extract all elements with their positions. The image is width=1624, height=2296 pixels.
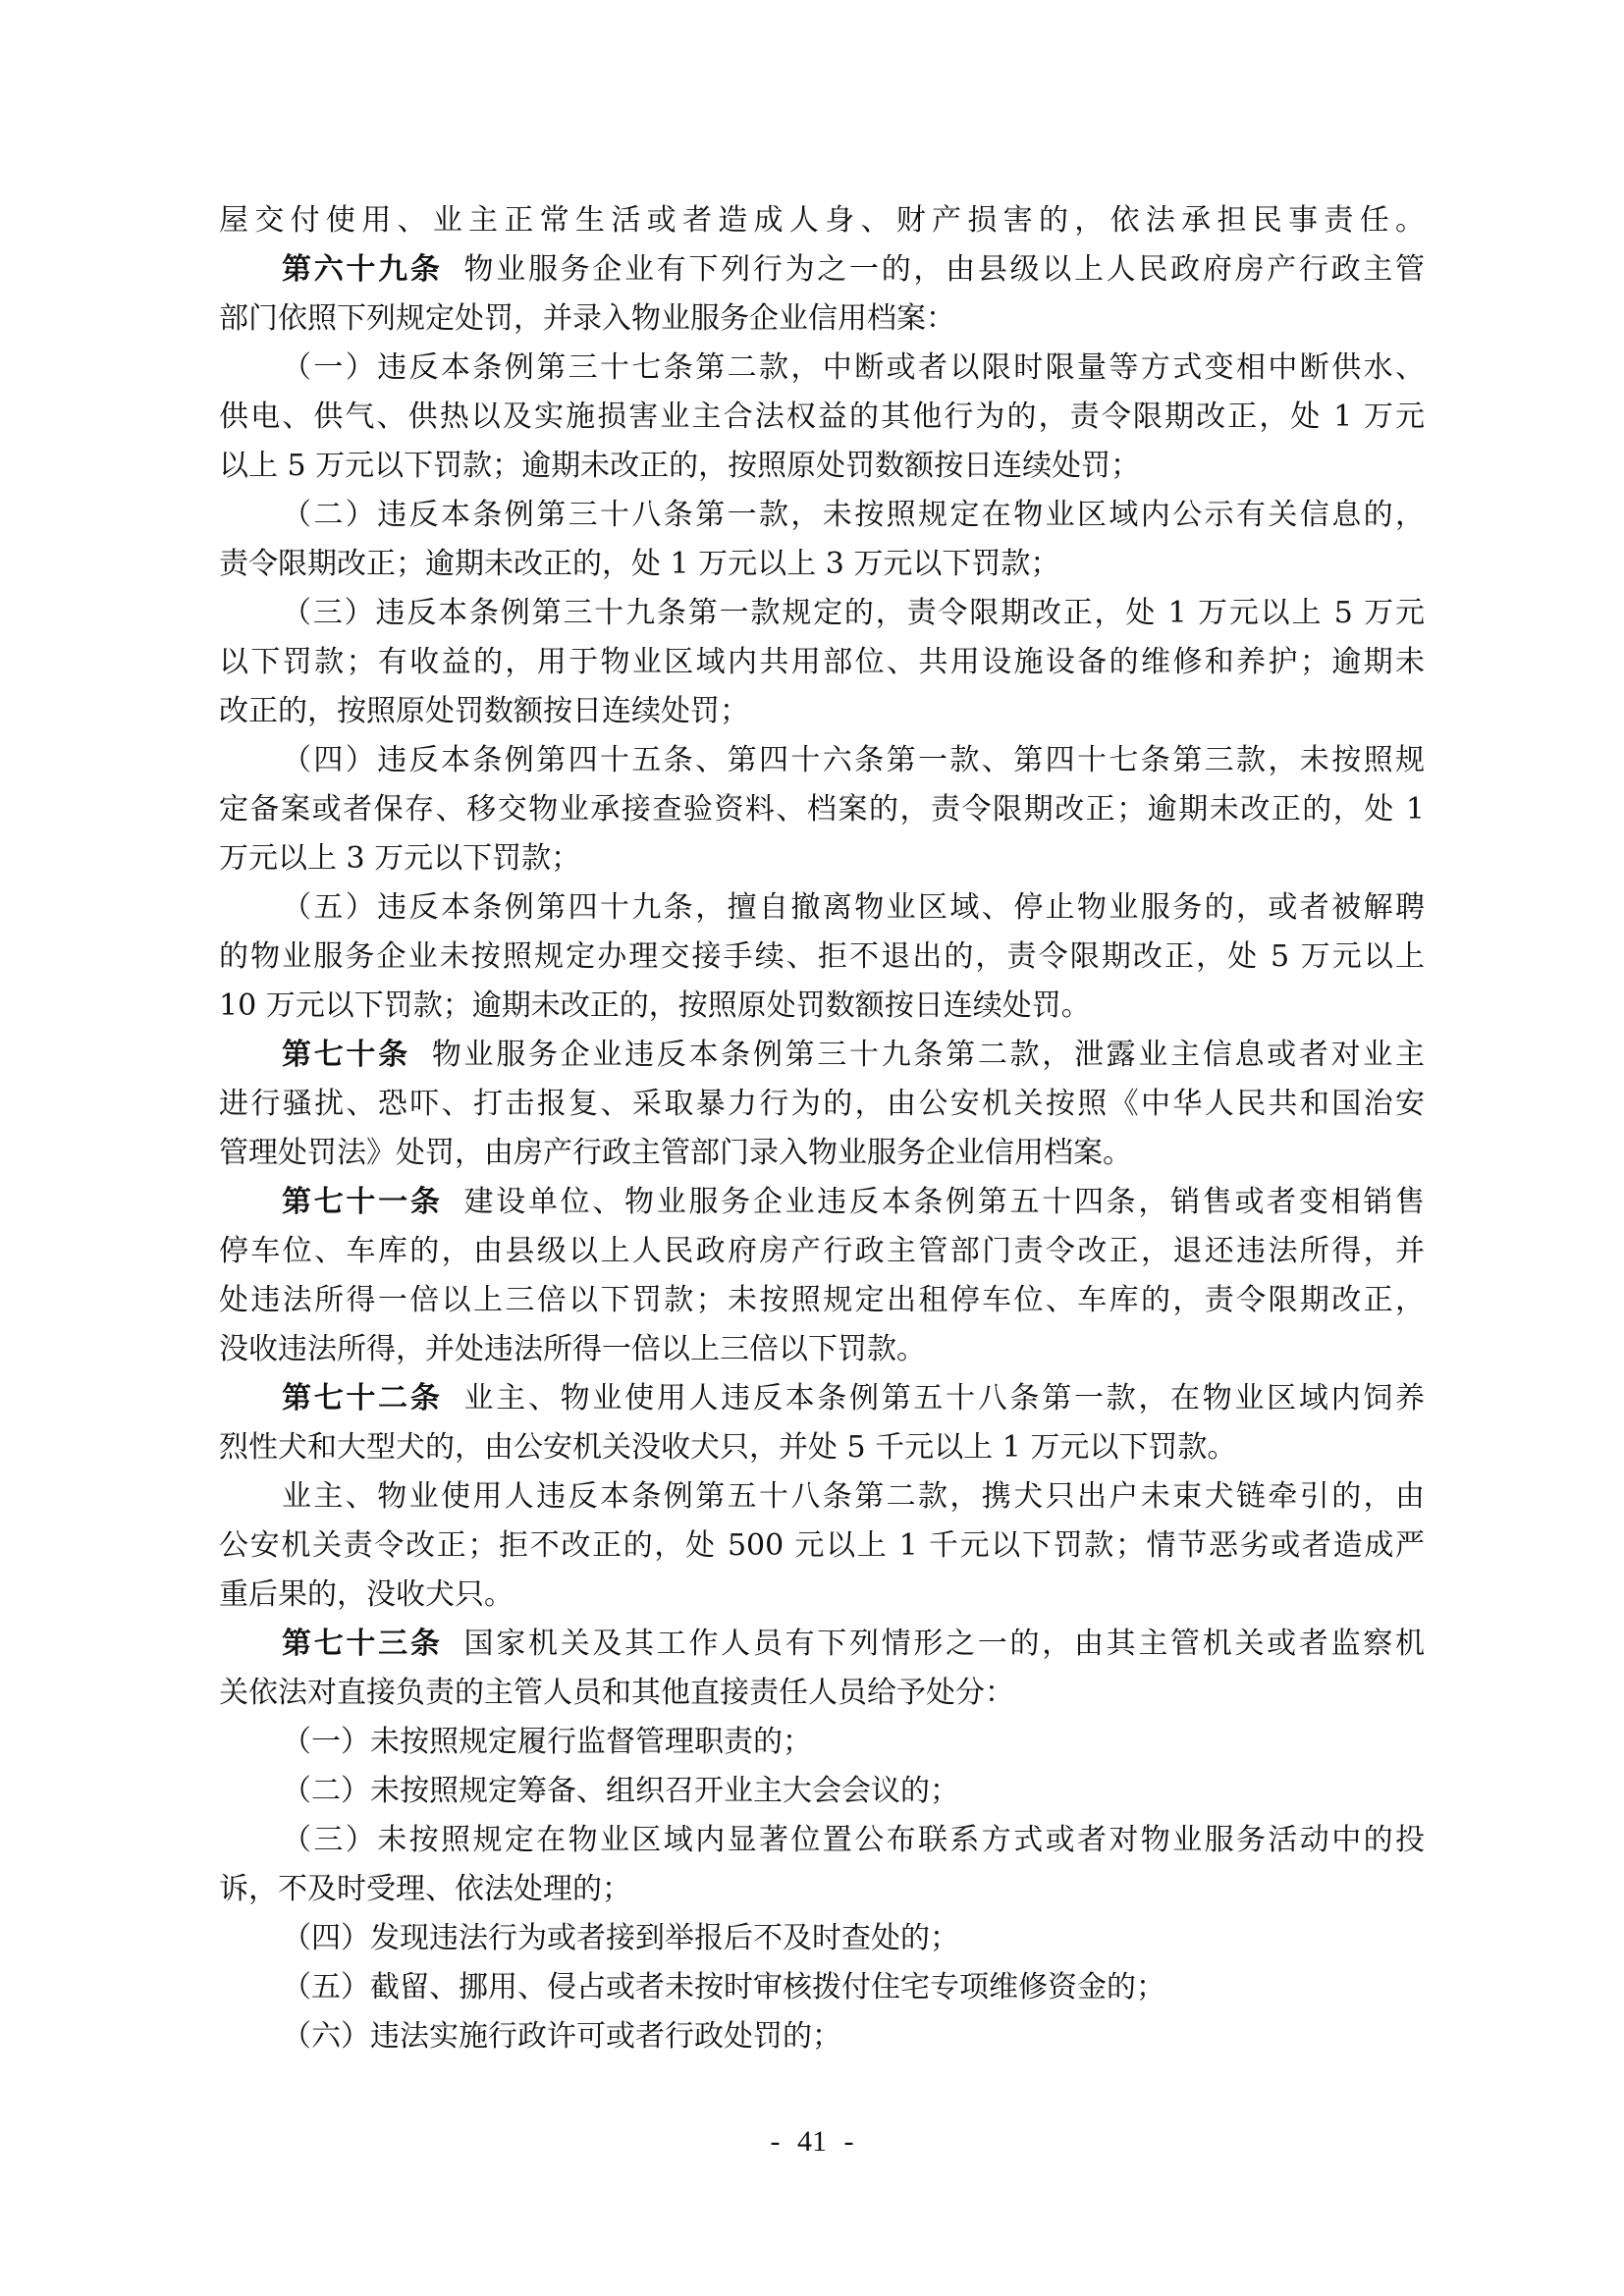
text-line: 停车位、车库的，由县级以上人民政府房产行政主管部门责令改正，退还违法所得，并 xyxy=(219,1227,1425,1276)
line-text: （三）未按照规定在物业区域内显著位置公布联系方式或者对物业服务活动中的投 xyxy=(282,1823,1425,1857)
line-text: 停车位、车库的，由县级以上人民政府房产行政主管部门责令改正，退还违法所得，并 xyxy=(219,1234,1425,1268)
line-text: 关依法对直接负责的主管人员和其他直接责任人员给予处分： xyxy=(219,1676,1014,1710)
line-text: 公安机关责令改正；拒不改正的，处 500 元以上 1 千元以下罚款；情节恶劣或者… xyxy=(219,1528,1425,1563)
text-line: （四）违反本条例第四十五条、第四十六条第一款、第四十七条第三款，未按照规 xyxy=(219,736,1425,785)
line-text: 定备案或者保存、移交物业承接查验资料、档案的，责令限期改正；逾期未改正的，处 1 xyxy=(219,792,1425,827)
line-text: 处违法所得一倍以上三倍以下罚款；未按照规定出租停车位、车库的，责令限期改正， xyxy=(219,1283,1425,1317)
line-text: 烈性犬和大型犬的，由公安机关没收犬只，并处 5 千元以上 1 万元以下罚款。 xyxy=(219,1430,1236,1465)
line-text: 管理处罚法》处罚，由房产行政主管部门录入物业服务企业信用档案。 xyxy=(219,1136,1132,1170)
text-line: 管理处罚法》处罚，由房产行政主管部门录入物业服务企业信用档案。 xyxy=(219,1129,1425,1178)
article-line: 第六十九条物业服务企业有下列行为之一的，由县级以上人民政府房产行政主管 xyxy=(219,245,1425,294)
article-line: 第七十条物业服务企业违反本条例第三十九条第二款，泄露业主信息或者对业主 xyxy=(219,1031,1425,1080)
line-text: 业主、物业使用人违反本条例第五十八条第二款，携犬只出户未束犬链牵引的，由 xyxy=(282,1479,1425,1514)
line-text: （一）违反本条例第三十七条第二款，中断或者以限时限量等方式变相中断供水、 xyxy=(282,350,1425,385)
text-line: 万元以上 3 万元以下罚款； xyxy=(219,834,1425,883)
text-line: 供电、供气、供热以及实施损害业主合法权益的其他行为的，责令限期改正，处 1 万元 xyxy=(219,393,1425,442)
text-line: 屋交付使用、业主正常生活或者造成人身、财产损害的，依法承担民事责任。 xyxy=(219,196,1425,245)
line-text: （一）未按照规定履行监督管理职责的； xyxy=(282,1725,812,1759)
text-line: 业主、物业使用人违反本条例第五十八条第二款，携犬只出户未束犬链牵引的，由 xyxy=(219,1472,1425,1522)
text-line: 处违法所得一倍以上三倍以下罚款；未按照规定出租停车位、车库的，责令限期改正， xyxy=(219,1276,1425,1325)
text-line: （二）违反本条例第三十八条第一款，未按照规定在物业区域内公示有关信息的， xyxy=(219,491,1425,540)
article-line: 第七十二条业主、物业使用人违反本条例第五十八条第一款，在物业区域内饲养 xyxy=(219,1374,1425,1423)
article-heading: 第六十九条 xyxy=(282,252,443,287)
text-line: 以上 5 万元以下罚款；逾期未改正的，按照原处罚数额按日连续处罚； xyxy=(219,442,1425,491)
line-text: （五）截留、挪用、侵占或者未按时审核拨付住宅专项维修资金的； xyxy=(282,1970,1165,2004)
text-line: 关依法对直接负责的主管人员和其他直接责任人员给予处分： xyxy=(219,1669,1425,1718)
line-text: 国家机关及其工作人员有下列情形之一的，由其主管机关或者监察机 xyxy=(464,1627,1425,1661)
line-text: 屋交付使用、业主正常生活或者造成人身、财产损害的，依法承担民事责任。 xyxy=(219,203,1425,238)
line-text: 没收违法所得，并处违法所得一倍以上三倍以下罚款。 xyxy=(219,1332,926,1366)
article-heading: 第七十三条 xyxy=(282,1627,443,1661)
text-line: 定备案或者保存、移交物业承接查验资料、档案的，责令限期改正；逾期未改正的，处 1 xyxy=(219,785,1425,834)
line-text: 的物业服务企业未按照规定办理交接手续、拒不退出的，责令限期改正，处 5 万元以上 xyxy=(219,939,1425,974)
article-heading: 第七十二条 xyxy=(282,1381,443,1415)
line-text: 建设单位、物业服务企业违反本条例第五十四条，销售或者变相销售 xyxy=(464,1185,1425,1219)
line-text: 供电、供气、供热以及实施损害业主合法权益的其他行为的，责令限期改正，处 1 万元 xyxy=(219,400,1425,434)
line-text: 责令限期改正；逾期未改正的，处 1 万元以上 3 万元以下罚款； xyxy=(219,547,1059,581)
text-line: （六）违法实施行政许可或者行政处罚的； xyxy=(219,2012,1425,2061)
document-page: 屋交付使用、业主正常生活或者造成人身、财产损害的，依法承担民事责任。第六十九条物… xyxy=(0,0,1624,2296)
text-line: 以下罚款；有收益的，用于物业区域内共用部位、共用设施设备的维修和养护；逾期未 xyxy=(219,638,1425,687)
line-text: 物业服务企业违反本条例第三十九条第二款，泄露业主信息或者对业主 xyxy=(432,1038,1425,1072)
text-line: 公安机关责令改正；拒不改正的，处 500 元以上 1 千元以下罚款；情节恶劣或者… xyxy=(219,1522,1425,1571)
text-line: 责令限期改正；逾期未改正的，处 1 万元以上 3 万元以下罚款； xyxy=(219,540,1425,589)
line-text: （四）违反本条例第四十五条、第四十六条第一款、第四十七条第三款，未按照规 xyxy=(282,743,1425,777)
line-text: （五）违反本条例第四十九条，擅自撤离物业区域、停止物业服务的，或者被解聘 xyxy=(282,890,1425,925)
text-line: 烈性犬和大型犬的，由公安机关没收犬只，并处 5 千元以上 1 万元以下罚款。 xyxy=(219,1423,1425,1472)
article-line: 第七十一条建设单位、物业服务企业违反本条例第五十四条，销售或者变相销售 xyxy=(219,1178,1425,1227)
text-line: 进行骚扰、恐吓、打击报复、采取暴力行为的，由公安机关按照《中华人民共和国治安 xyxy=(219,1080,1425,1129)
text-line: （四）发现违法行为或者接到举报后不及时查处的； xyxy=(219,1914,1425,1963)
line-text: 10 万元以下罚款；逾期未改正的，按照原处罚数额按日连续处罚。 xyxy=(219,988,1091,1023)
line-text: 部门依照下列规定处罚，并录入物业服务企业信用档案： xyxy=(219,301,955,336)
text-line: （五）截留、挪用、侵占或者未按时审核拨付住宅专项维修资金的； xyxy=(219,1963,1425,2012)
article-heading: 第七十一条 xyxy=(282,1185,443,1219)
line-text: 以下罚款；有收益的，用于物业区域内共用部位、共用设施设备的维修和养护；逾期未 xyxy=(219,645,1425,679)
text-line: （三）未按照规定在物业区域内显著位置公布联系方式或者对物业服务活动中的投 xyxy=(219,1816,1425,1865)
text-line: 改正的，按照原处罚数额按日连续处罚； xyxy=(219,687,1425,736)
line-text: 重后果的，没收犬只。 xyxy=(219,1577,514,1612)
text-line: （二）未按照规定筹备、组织召开业主大会会议的； xyxy=(219,1767,1425,1816)
line-text: 物业服务企业有下列行为之一的，由县级以上人民政府房产行政主管 xyxy=(464,252,1425,287)
page-number: - 41 - xyxy=(0,2125,1624,2159)
line-text: （三）违反本条例第三十九条第一款规定的，责令限期改正，处 1 万元以上 5 万元 xyxy=(282,596,1425,630)
text-line: （三）违反本条例第三十九条第一款规定的，责令限期改正，处 1 万元以上 5 万元 xyxy=(219,589,1425,638)
article-line: 第七十三条国家机关及其工作人员有下列情形之一的，由其主管机关或者监察机 xyxy=(219,1620,1425,1669)
text-line: 的物业服务企业未按照规定办理交接手续、拒不退出的，责令限期改正，处 5 万元以上 xyxy=(219,933,1425,982)
text-line: 诉，不及时受理、依法处理的； xyxy=(219,1865,1425,1914)
line-text: （六）违法实施行政许可或者行政处罚的； xyxy=(282,2019,841,2054)
text-line: 重后果的，没收犬只。 xyxy=(219,1571,1425,1620)
line-text: 以上 5 万元以下罚款；逾期未改正的，按照原处罚数额按日连续处罚； xyxy=(219,449,1140,483)
text-line: （五）违反本条例第四十九条，擅自撤离物业区域、停止物业服务的，或者被解聘 xyxy=(219,883,1425,933)
line-text: 进行骚扰、恐吓、打击报复、采取暴力行为的，由公安机关按照《中华人民共和国治安 xyxy=(219,1087,1425,1121)
line-text: （二）未按照规定筹备、组织召开业主大会会议的； xyxy=(282,1774,959,1808)
line-text: 改正的，按照原处罚数额按日连续处罚； xyxy=(219,694,749,728)
text-line: 10 万元以下罚款；逾期未改正的，按照原处罚数额按日连续处罚。 xyxy=(219,982,1425,1031)
text-line: （一）违反本条例第三十七条第二款，中断或者以限时限量等方式变相中断供水、 xyxy=(219,344,1425,393)
document-body: 屋交付使用、业主正常生活或者造成人身、财产损害的，依法承担民事责任。第六十九条物… xyxy=(219,196,1425,2061)
text-line: 没收违法所得，并处违法所得一倍以上三倍以下罚款。 xyxy=(219,1325,1425,1374)
article-heading: 第七十条 xyxy=(282,1038,410,1072)
line-text: 万元以上 3 万元以下罚款； xyxy=(219,841,580,876)
line-text: 业主、物业使用人违反本条例第五十八条第一款，在物业区域内饲养 xyxy=(464,1381,1425,1415)
text-line: （一）未按照规定履行监督管理职责的； xyxy=(219,1718,1425,1767)
text-line: 部门依照下列规定处罚，并录入物业服务企业信用档案： xyxy=(219,294,1425,344)
line-text: （二）违反本条例第三十八条第一款，未按照规定在物业区域内公示有关信息的， xyxy=(282,498,1425,532)
line-text: （四）发现违法行为或者接到举报后不及时查处的； xyxy=(282,1921,959,1955)
line-text: 诉，不及时受理、依法处理的； xyxy=(219,1872,631,1906)
